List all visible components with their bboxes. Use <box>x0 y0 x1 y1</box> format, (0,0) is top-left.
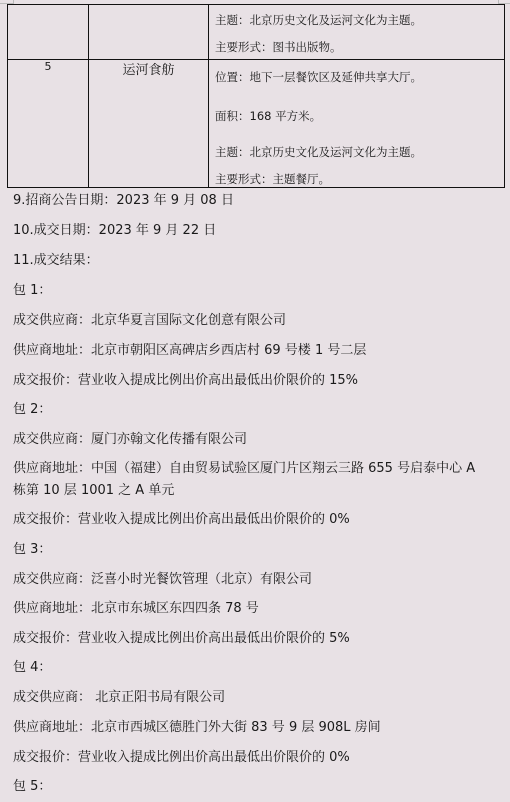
package-4-label: 包 4： <box>13 660 51 676</box>
deal-date: 10.成交日期：2023 年 9 月 22 日 <box>13 223 216 239</box>
package-5-label: 包 5： <box>13 779 51 795</box>
package-3-label: 包 3： <box>13 542 51 558</box>
package-4-supplier: 成交供应商： 北京正阳书局有限公司 <box>13 690 225 706</box>
detail-theme: 主题：北京历史文化及运河文化为主题。 <box>215 12 504 28</box>
table-row: 主题：北京历史文化及运河文化为主题。 主要形式：图书出版物。 <box>8 5 505 60</box>
result-heading: 11.成交结果： <box>13 253 99 269</box>
detail-area: 面积：168 平方米。 <box>215 108 504 124</box>
package-1-supplier: 成交供应商：北京华夏言国际文化创意有限公司 <box>13 313 286 329</box>
table-row: 5 运河食舫 位置：地下一层餐饮区及延伸共享大厅。 面积：168 平方米。 主题… <box>8 60 505 188</box>
package-3-address: 供应商地址：北京市东城区东四四条 78 号 <box>13 601 259 617</box>
package-2-address-cont: 栋第 10 层 1001 之 A 单元 <box>13 483 174 499</box>
index-cell <box>8 5 89 60</box>
project-table: 主题：北京历史文化及运河文化为主题。 主要形式：图书出版物。 5 运河食舫 位置… <box>7 4 505 188</box>
package-1-price: 成交报价：营业收入提成比例出价高出最低出价限价的 15% <box>13 373 358 389</box>
package-4-price: 成交报价：营业收入提成比例出价高出最低出价限价的 0% <box>13 750 350 766</box>
package-2-label: 包 2： <box>13 402 51 418</box>
announce-date: 9.招商公告日期：2023 年 9 月 08 日 <box>13 193 234 209</box>
detail-form: 主要形式：图书出版物。 <box>215 39 504 55</box>
row-index: 5 <box>8 60 88 74</box>
package-2-address: 供应商地址：中国（福建）自由贸易试验区厦门片区翔云三路 655 号启泰中心 A <box>13 461 475 477</box>
name-cell: 运河食舫 <box>89 60 209 188</box>
package-3-price: 成交报价：营业收入提成比例出价高出最低出价限价的 5% <box>13 631 350 647</box>
row-name: 运河食舫 <box>89 63 208 79</box>
detail-location: 位置：地下一层餐饮区及延伸共享大厅。 <box>215 69 504 85</box>
package-2-supplier: 成交供应商：厦门亦翰文化传播有限公司 <box>13 432 247 448</box>
name-cell <box>89 5 209 60</box>
package-2-price: 成交报价：营业收入提成比例出价高出最低出价限价的 0% <box>13 512 350 528</box>
detail-form: 主要形式：主题餐厅。 <box>215 171 504 187</box>
package-4-address: 供应商地址：北京市西城区德胜门外大街 83 号 9 层 908L 房间 <box>13 720 381 736</box>
package-3-supplier: 成交供应商：泛喜小时光餐饮管理（北京）有限公司 <box>13 572 312 588</box>
details-cell: 主题：北京历史文化及运河文化为主题。 主要形式：图书出版物。 <box>209 5 505 60</box>
package-1-address: 供应商地址：北京市朝阳区高碑店乡西店村 69 号楼 1 号二层 <box>13 343 366 359</box>
detail-theme: 主题：北京历史文化及运河文化为主题。 <box>215 144 504 160</box>
details-cell: 位置：地下一层餐饮区及延伸共享大厅。 面积：168 平方米。 主题：北京历史文化… <box>209 60 505 188</box>
index-cell: 5 <box>8 60 89 188</box>
package-1-label: 包 1： <box>13 283 51 299</box>
